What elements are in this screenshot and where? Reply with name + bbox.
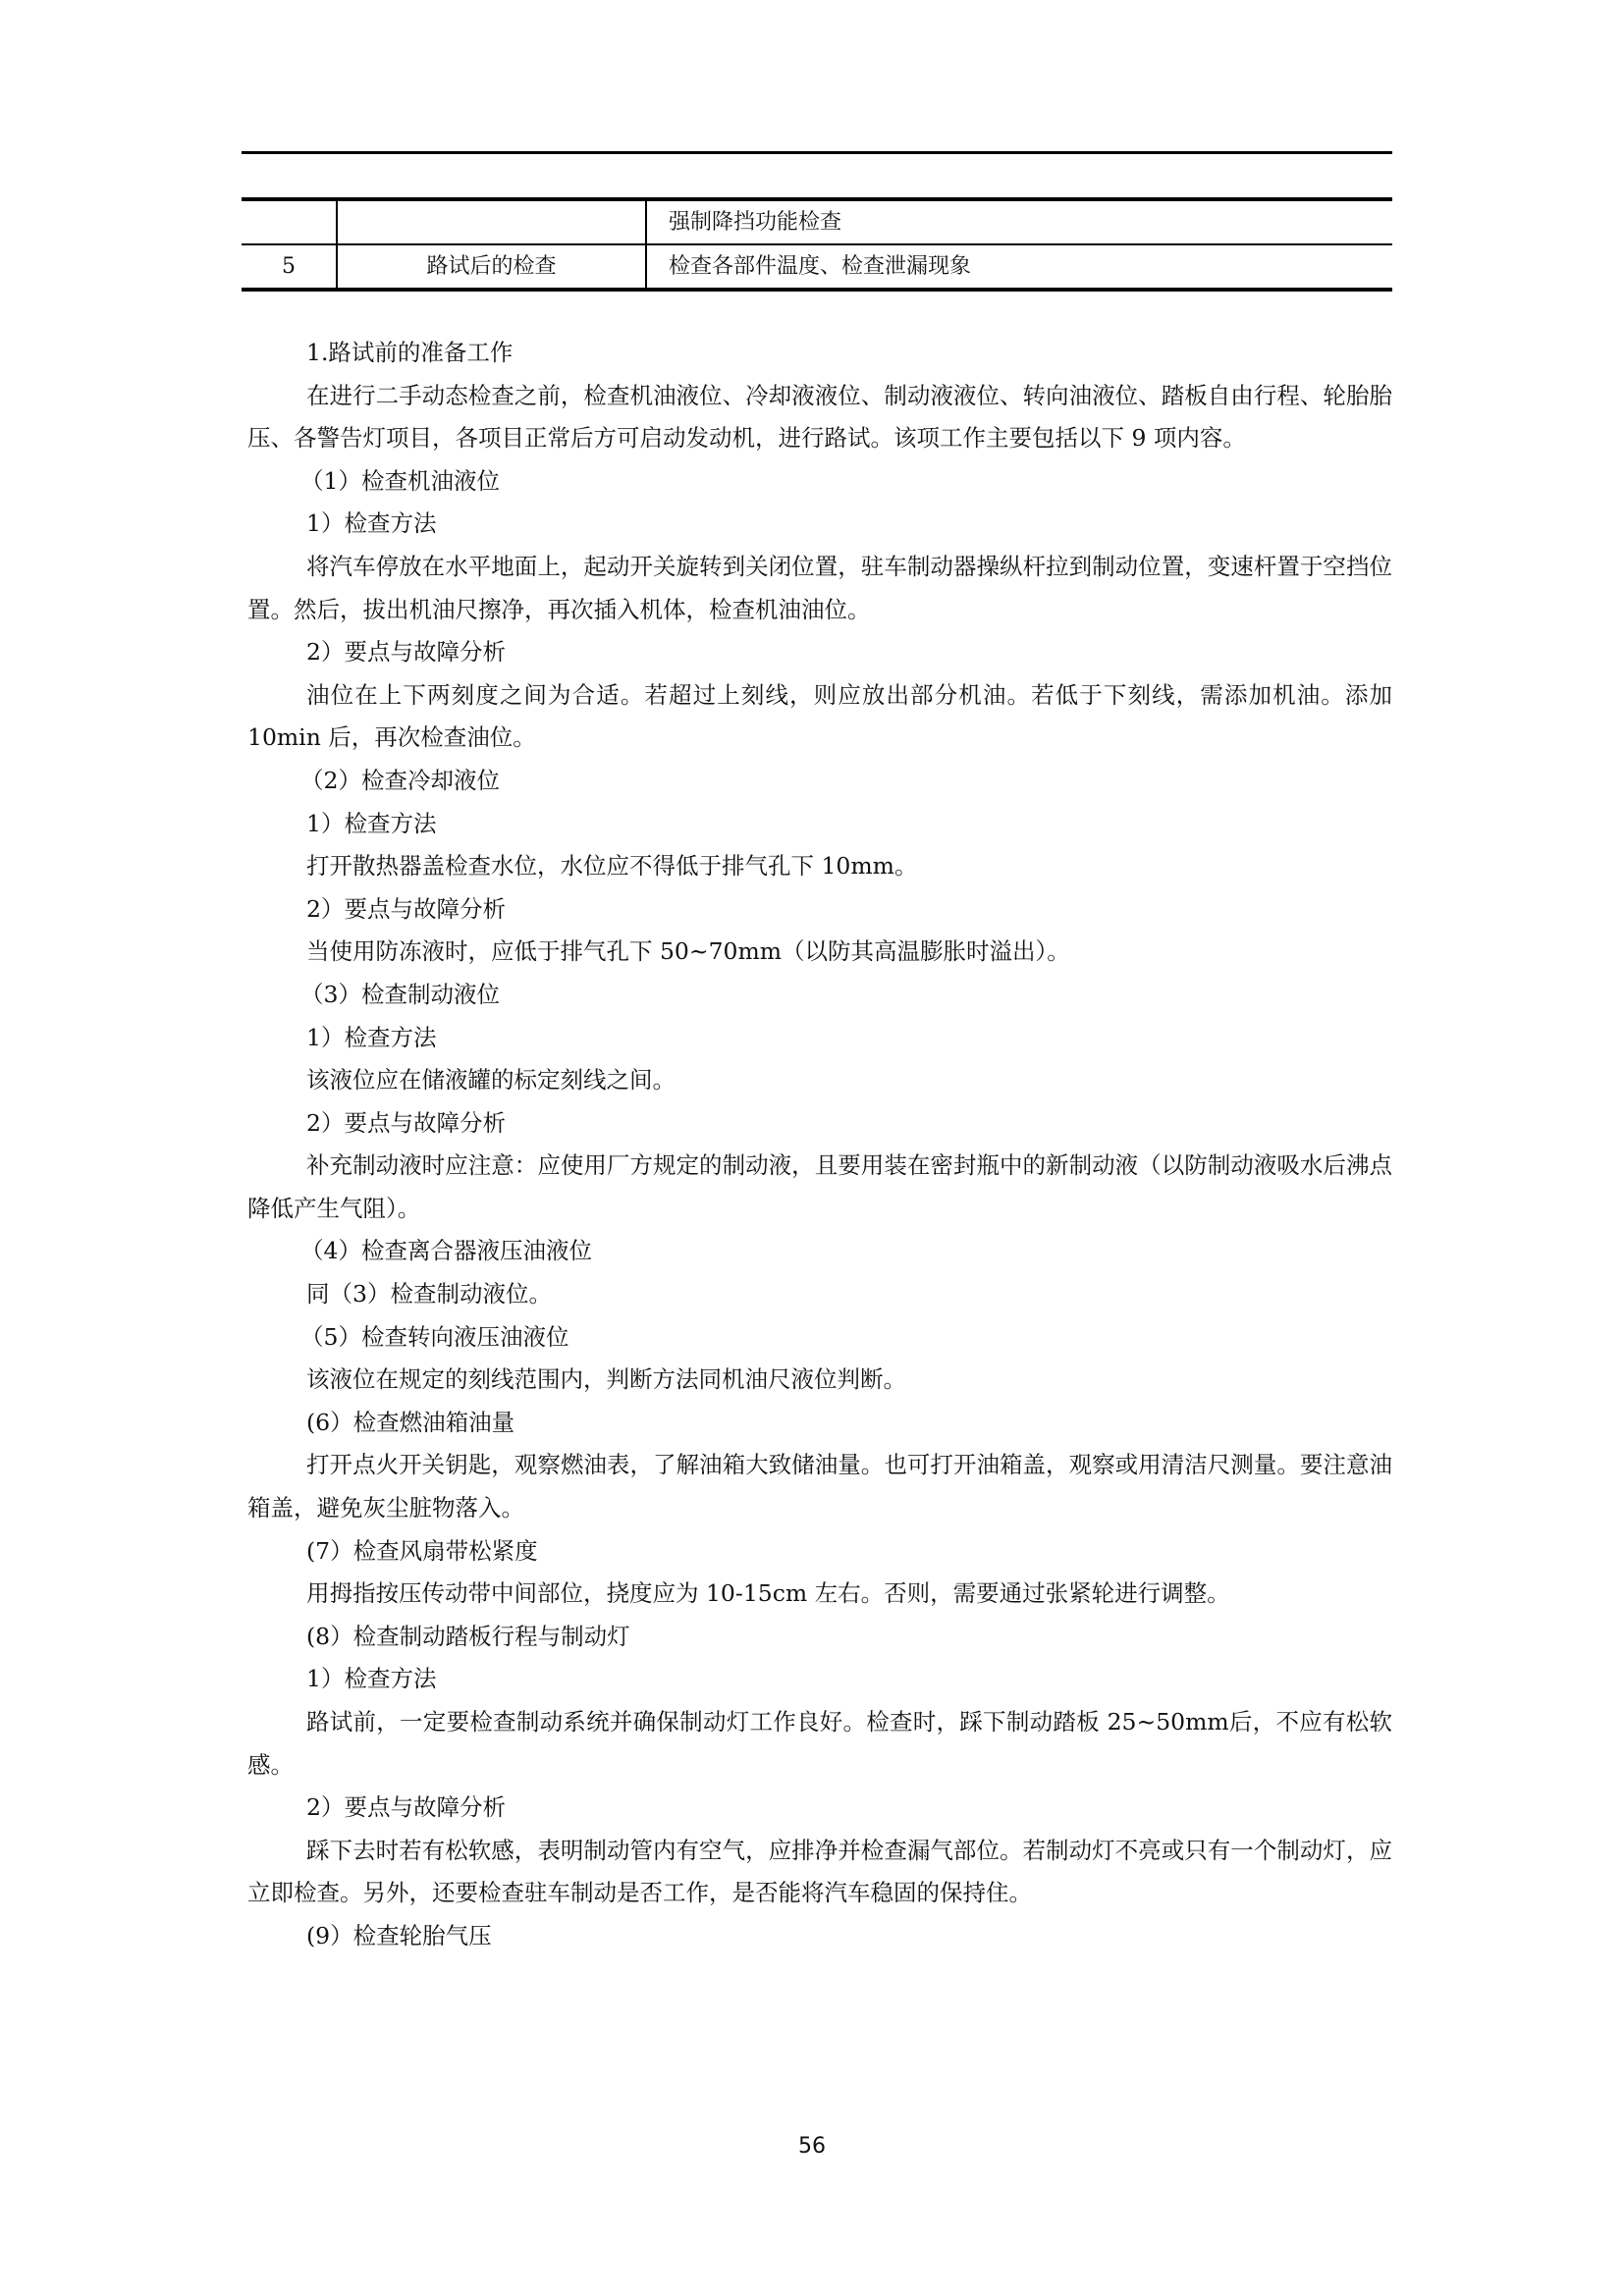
item-1-analysis: 油位在上下两刻度之间为合适。若超过上刻线，则应放出部分机油。若低于下刻线，需添加… [247, 674, 1392, 760]
item-1-analysis-label: 2）要点与故障分析 [247, 631, 1392, 674]
item-8-method-label: 1）检查方法 [247, 1658, 1392, 1701]
body-text: 1.路试前的准备工作 在进行二手动态检查之前，检查机油液位、冷却液液位、制动液液… [247, 332, 1392, 1958]
header-rule [242, 151, 1392, 154]
item-1-method-label: 1）检查方法 [247, 503, 1392, 546]
table-cell-stage [337, 199, 646, 244]
item-5-title: （5）检查转向液压油液位 [247, 1316, 1392, 1360]
item-3-method-label: 1）检查方法 [247, 1017, 1392, 1060]
item-4-text: 同（3）检查制动液位。 [247, 1273, 1392, 1316]
item-1-method: 将汽车停放在水平地面上，起动开关旋转到关闭位置，驻车制动器操纵杆拉到制动位置，变… [247, 546, 1392, 631]
item-8-analysis: 踩下去时若有松软感，表明制动管内有空气，应排净并检查漏气部位。若制动灯不亮或只有… [247, 1830, 1392, 1915]
item-5-text: 该液位在规定的刻线范围内，判断方法同机油尺液位判断。 [247, 1359, 1392, 1402]
table-cell-num: 5 [242, 244, 337, 290]
item-1-title: （1）检查机油液位 [247, 460, 1392, 504]
table-cell-num [242, 199, 337, 244]
table-cell-content: 强制降挡功能检查 [646, 199, 1392, 244]
table-row: 强制降挡功能检查 [242, 199, 1392, 244]
item-6-text: 打开点火开关钥匙，观察燃油表，了解油箱大致储油量。也可打开油箱盖，观察或用清洁尺… [247, 1444, 1392, 1529]
item-9-title: (9）检查轮胎气压 [247, 1915, 1392, 1958]
page-number: 56 [0, 2134, 1624, 2159]
item-4-title: （4）检查离合器液压油液位 [247, 1230, 1392, 1273]
item-7-title: (7）检查风扇带松紧度 [247, 1530, 1392, 1574]
item-8-title: (8）检查制动踏板行程与制动灯 [247, 1616, 1392, 1659]
item-3-method: 该液位应在储液罐的标定刻线之间。 [247, 1059, 1392, 1102]
item-7-text: 用拇指按压传动带中间部位，挠度应为 10-15cm 左右。否则，需要通过张紧轮进… [247, 1573, 1392, 1616]
item-2-title: （2）检查冷却液位 [247, 760, 1392, 803]
continued-table: 强制降挡功能检查 5 路试后的检查 检查各部件温度、检查泄漏现象 [242, 197, 1392, 292]
item-6-title: (6）检查燃油箱油量 [247, 1402, 1392, 1445]
item-2-method: 打开散热器盖检查水位，水位应不得低于排气孔下 10mm。 [247, 845, 1392, 888]
section-title: 1.路试前的准备工作 [247, 332, 1392, 375]
intro-paragraph: 在进行二手动态检查之前，检查机油液位、冷却液液位、制动液液位、转向油液位、踏板自… [247, 375, 1392, 460]
item-8-analysis-label: 2）要点与故障分析 [247, 1787, 1392, 1830]
item-2-method-label: 1）检查方法 [247, 803, 1392, 846]
table-row: 5 路试后的检查 检查各部件温度、检查泄漏现象 [242, 244, 1392, 290]
item-2-analysis-label: 2）要点与故障分析 [247, 888, 1392, 932]
table-cell-stage: 路试后的检查 [337, 244, 646, 290]
table-cell-content: 检查各部件温度、检查泄漏现象 [646, 244, 1392, 290]
item-2-analysis: 当使用防冻液时，应低于排气孔下 50~70mm（以防其高温膨胀时溢出）。 [247, 931, 1392, 974]
item-8-method: 路试前，一定要检查制动系统并确保制动灯工作良好。检查时，踩下制动踏板 25~50… [247, 1701, 1392, 1787]
item-3-title: （3）检查制动液位 [247, 974, 1392, 1017]
item-3-analysis: 补充制动液时应注意：应使用厂方规定的制动液，且要用装在密封瓶中的新制动液（以防制… [247, 1145, 1392, 1230]
item-3-analysis-label: 2）要点与故障分析 [247, 1102, 1392, 1146]
